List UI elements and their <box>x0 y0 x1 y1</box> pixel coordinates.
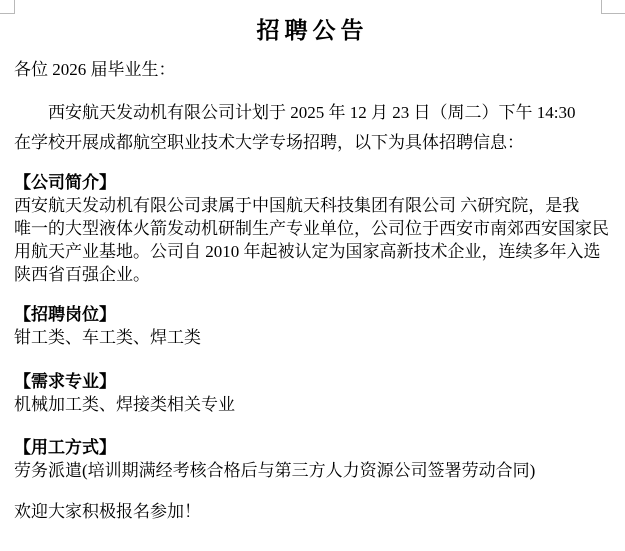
section-employment-type: 【用工方式】 劳务派遣(培训期满经考核合格后与第三方人力资源公司签署劳动合同) <box>14 436 611 482</box>
section-heading-required-majors: 【需求专业】 <box>14 370 611 393</box>
intro-paragraph: 西安航天发动机有限公司计划于 2025 年 12 月 23 日（周二）下午 14… <box>14 98 611 158</box>
intro-line-1: 西安航天发动机有限公司计划于 2025 年 12 月 23 日（周二）下午 14… <box>14 98 611 128</box>
section-body-line: 陕西省百强企业。 <box>14 263 611 286</box>
section-required-majors: 【需求专业】 机械加工类、焊接类相关专业 <box>14 370 611 416</box>
section-body-line: 钳工类、车工类、焊工类 <box>14 326 611 349</box>
crop-mark-top-right <box>601 0 625 14</box>
crop-mark-top-left <box>0 0 15 14</box>
intro-line-2: 在学校开展成都航空职业技术大学专场招聘，以下为具体招聘信息： <box>14 128 611 158</box>
section-body-line: 唯一的大型液体火箭发动机研制生产专业单位，公司位于西安市南郊西安国家民 <box>14 217 611 240</box>
closing-line: 欢迎大家积极报名参加！ <box>14 500 611 523</box>
page: 招聘公告 各位 2026 届毕业生： 西安航天发动机有限公司计划于 2025 年… <box>0 0 625 551</box>
document-title: 招聘公告 <box>14 14 611 46</box>
salutation-line: 各位 2026 届毕业生： <box>14 58 611 81</box>
document-body: 招聘公告 各位 2026 届毕业生： 西安航天发动机有限公司计划于 2025 年… <box>0 0 625 523</box>
section-body-line: 劳务派遣(培训期满经考核合格后与第三方人力资源公司签署劳动合同) <box>14 459 611 482</box>
section-company-profile: 【公司简介】 西安航天发动机有限公司隶属于中国航天科技集团有限公司 六研究院，是… <box>14 171 611 286</box>
section-recruit-positions: 【招聘岗位】 钳工类、车工类、焊工类 <box>14 303 611 349</box>
section-body-line: 机械加工类、焊接类相关专业 <box>14 393 611 416</box>
section-body-line: 西安航天发动机有限公司隶属于中国航天科技集团有限公司 六研究院，是我 <box>14 194 611 217</box>
section-heading-recruit-positions: 【招聘岗位】 <box>14 303 611 326</box>
section-heading-employment-type: 【用工方式】 <box>14 436 611 459</box>
section-heading-company-profile: 【公司简介】 <box>14 171 611 194</box>
section-body-line: 用航天产业基地。公司自 2010 年起被认定为国家高新技术企业，连续多年入选 <box>14 240 611 263</box>
